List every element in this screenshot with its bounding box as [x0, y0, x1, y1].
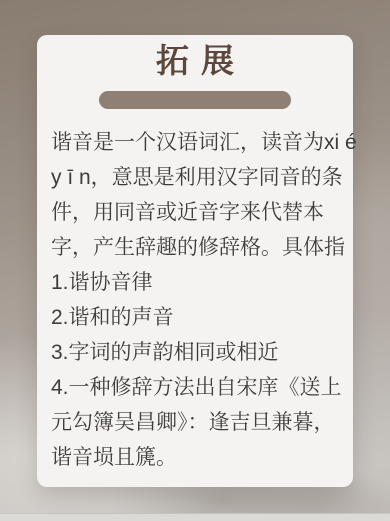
card-title: 拓展: [37, 42, 353, 82]
divider-pill: [99, 91, 291, 109]
card-body: 谐音是一个汉语词汇，读音为xi é y ī n，意思是利用汉字同音的条 件，用同…: [37, 125, 353, 475]
body-line-2: y ī n，意思是利用汉字同音的条: [51, 160, 343, 195]
body-line-3: 件，用同音或近音字来代替本: [51, 195, 343, 230]
body-line-8: 4.一种修辞方法出自宋庠《送上: [51, 370, 343, 405]
background-bottom-strip: [0, 513, 390, 521]
body-line-7: 3.字词的声韵相同或相近: [51, 335, 343, 370]
body-line-4: 字，产生辞趣的修辞格。具体指: [51, 230, 343, 265]
body-line-1: 谐音是一个汉语词汇，读音为xi é: [51, 125, 343, 160]
body-line-9: 元勾簿吴昌卿》：逢吉旦兼暮，: [51, 405, 343, 440]
content-card: 拓展 谐音是一个汉语词汇，读音为xi é y ī n，意思是利用汉字同音的条 件…: [37, 35, 353, 487]
body-line-10: 谐音埙且篪。: [51, 440, 343, 475]
body-line-5: 1.谐协音律: [51, 265, 343, 300]
body-line-6: 2.谐和的声音: [51, 300, 343, 335]
